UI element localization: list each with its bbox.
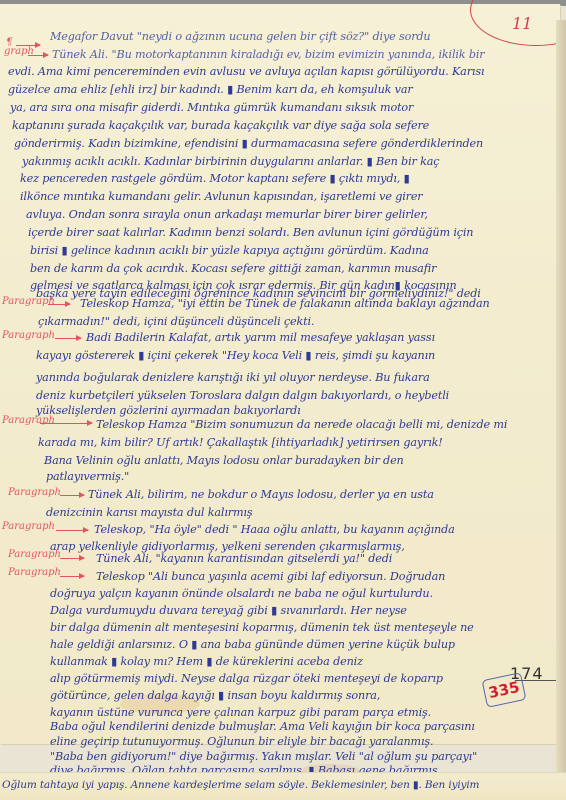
margin-note: Paragraph [2,521,55,532]
text-line: götürünce, gelen dalga kayığı ▮ insan bo… [50,689,380,702]
text-line: karada mı, kim bilir? Uf artık! Çakallaş… [38,436,443,449]
arrow-icon [28,55,48,56]
page-right-edge [556,20,566,780]
text-line: alıp götürmemiş miydi. Neyse dalga rüzga… [50,672,443,685]
text-line: ilkönce mıntıka kumandanı gelir. Avlunun… [20,190,423,203]
text-line: yanında boğularak denizlere karıştığı ik… [36,371,430,384]
margin-note: Paragraph [2,330,55,341]
text-line: "Baba ben gidiyorum!" diye bağırmış. Yak… [50,750,477,763]
text-line: yakınmış acıklı acıklı. Kadınlar birbiri… [22,155,439,168]
text-line: gönderirmiş. Kadın bizimkine, efendisini… [14,137,483,150]
manuscript-page: 11 ¶ graph Paragraph Paragraph Paragraph… [0,4,560,744]
text-line: kullanmak ▮ kolay mı? Hem ▮ de kürekleri… [50,655,363,668]
text-line-bottom: Oğlum tahtaya iyi yapış. Annene kardeşle… [2,779,479,791]
text-line: Badi Badilerin Kalafat, artık yarım mil … [86,331,435,344]
text-line: ya, ara sıra ona misafir giderdi. Mıntık… [10,101,413,114]
text-line: kez pencereden rastgele gördüm. Motor ka… [20,172,410,185]
arrow-icon [56,530,88,531]
arrow-icon [60,495,84,496]
text-line: bir dalga dümenin alt menteşesini koparm… [50,621,474,634]
text-line: Baba oğul kendilerini denizde bulmuşlar.… [50,720,475,733]
text-line: denizcinin karısı mayısta dul kalırmış [46,506,252,519]
text-line: Teleskop Hamza, "iyi ettin be Tünek de f… [80,297,490,310]
text-line: Dalga vurdumuydu duvara tereyağ gibi ▮ s… [50,604,407,617]
arrow-icon [48,304,70,305]
folio-stamp: 335 [482,672,527,708]
text-line: birisi ▮ gelince kadının acıklı bir yüzl… [30,244,429,257]
text-line: içerde birer saat kalırlar. Kadının benz… [28,226,473,239]
text-line: Tünek Ali. "Bu motorkaptanının kiraladığ… [52,48,484,61]
text-line: Bana Velinin oğlu anlattı, Mayıs lodosu … [44,454,404,467]
text-line: eline geçirip tutunuyormuş. Oğlunun bir … [50,735,433,748]
text-line: hale geldiği anlarsınız. O ▮ ana baba gü… [50,638,455,651]
attached-bottom-strip: Oğlum tahtaya iyi yapış. Annene kardeşle… [0,772,566,800]
arrow-icon [60,558,84,559]
text-line: kaptanını şurada kaçakçılık var, burada … [12,119,429,132]
text-line: yükselişlerden gözlerini ayırmadan bakıy… [36,404,301,417]
text-line: avluya. Ondan sonra sırayla onun arkadaş… [26,208,428,221]
arrow-icon [55,338,81,339]
text-line: Tünek Ali, bilirim, ne bokdur o Mayıs lo… [88,488,434,501]
text-line: patlayıvermiş." [46,470,129,483]
folio-stamp-number: 335 [487,678,521,702]
margin-note: Paragraph [8,567,61,578]
text-line: evdi. Ama kimi pencereminden evin avlusu… [8,65,484,78]
text-line: deniz kurbetçileri yükselen Toroslara da… [36,389,449,402]
page-number: 11 [512,14,532,33]
text-line: ben de karım da çok acırdık. Kocası sefe… [30,262,436,275]
arrow-icon [40,423,92,424]
text-line: kayanın üstüne vurunca yere çalınan karp… [50,706,431,719]
text-line: Teleskop, "Ha öyle" dedi " Haaa oğlu anl… [94,523,455,536]
text-line: doğruya yalçın kayanın önünde olsalardı … [50,587,433,600]
text-line: Teleskop Hamza "Bizim sonumuzun da nered… [96,418,507,431]
text-line: güzelce ama ehliz [ehli irz] bir kadındı… [8,83,413,96]
text-line: Teleskop "Ali bunca yaşınla acemi gibi l… [96,570,445,583]
arrow-icon [60,576,84,577]
text-line: Tünek Ali, "kayanın karantisından gitsel… [96,552,392,565]
margin-note: Paragraph [8,487,61,498]
text-line: kayayı göstererek ▮ içini çekerek "Hey k… [36,349,435,362]
text-line: Megafor Davut "neydi o ağzının ucuna gel… [50,30,430,43]
text-line: çıkarmadın!" dedi, içini düşünceli düşün… [38,315,314,328]
